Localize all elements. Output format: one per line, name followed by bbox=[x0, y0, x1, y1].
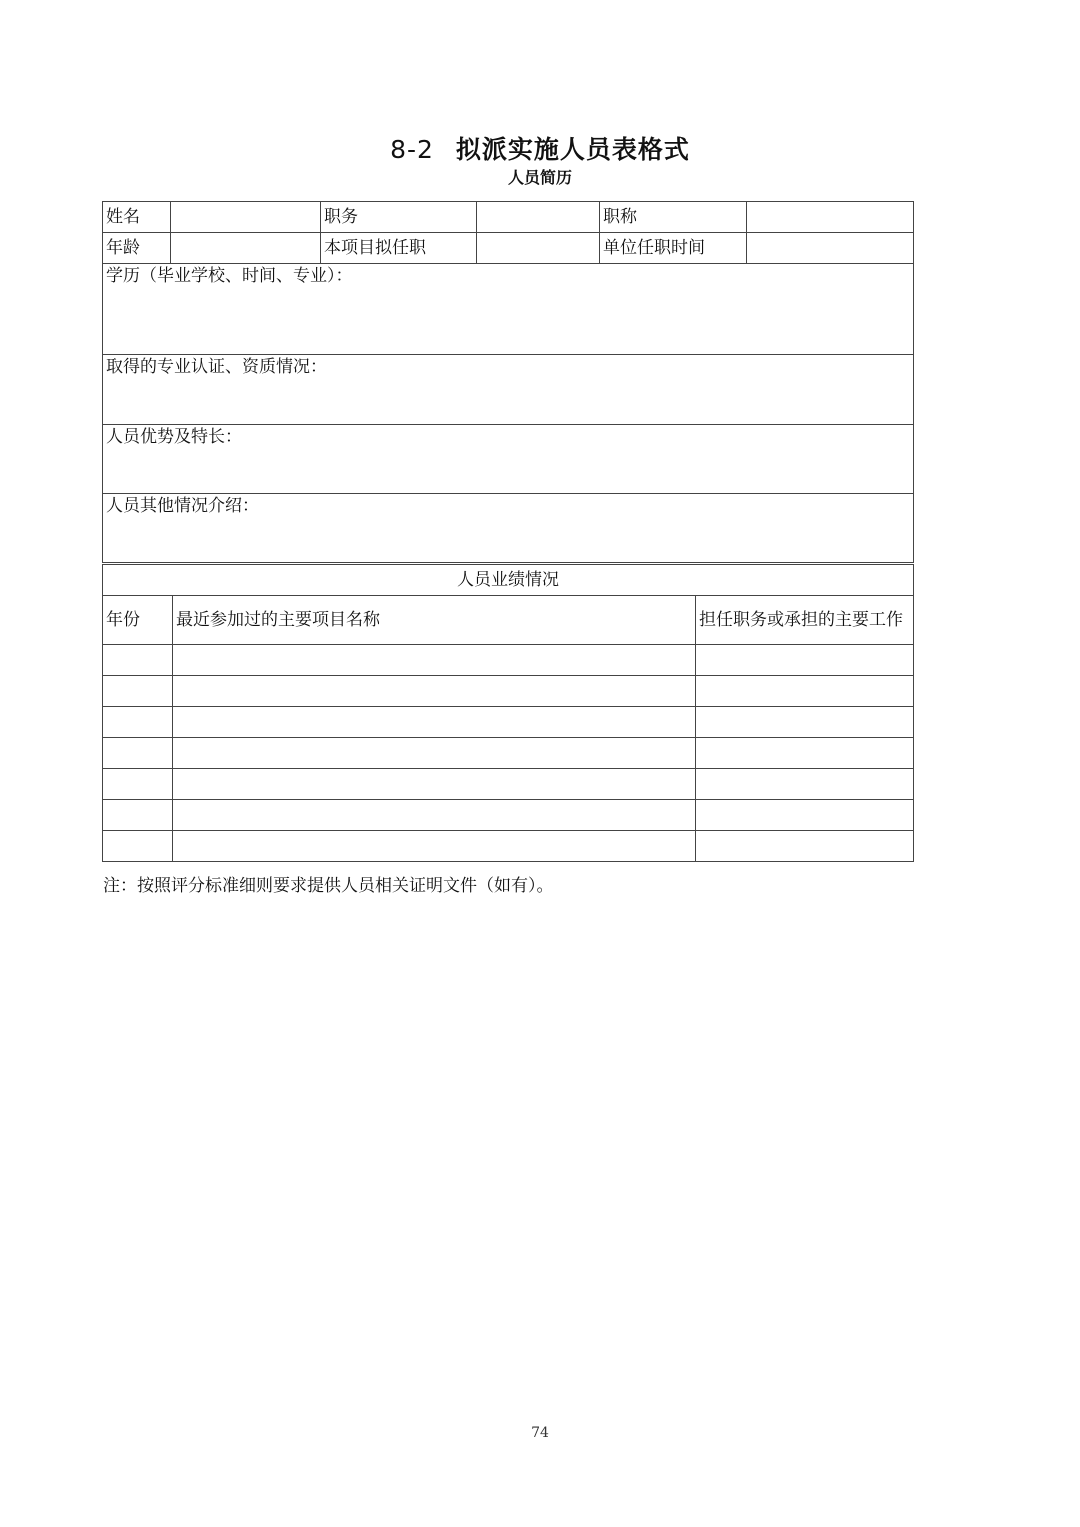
table-row: 姓名 职务 职称 bbox=[103, 202, 914, 233]
professional-title-label: 职称 bbox=[600, 202, 747, 233]
project-name-cell[interactable] bbox=[173, 676, 696, 707]
strengths-field[interactable]: 人员优势及特长： bbox=[103, 425, 914, 494]
tenure-label: 单位任职时间 bbox=[600, 233, 747, 264]
age-field[interactable] bbox=[171, 233, 321, 264]
project-name-cell[interactable] bbox=[173, 800, 696, 831]
table-row bbox=[103, 831, 914, 862]
table-row bbox=[103, 645, 914, 676]
role-cell[interactable] bbox=[696, 676, 914, 707]
table-row bbox=[103, 738, 914, 769]
header-role: 担任职务或承担的主要工作 bbox=[696, 596, 914, 645]
footnote: 注：按照评分标准细则要求提供人员相关证明文件（如有）。 bbox=[103, 871, 554, 896]
role-cell[interactable] bbox=[696, 707, 914, 738]
role-cell[interactable] bbox=[696, 800, 914, 831]
title-number: 8-2 bbox=[390, 135, 434, 164]
table-header-row: 年份 最近参加过的主要项目名称 担任职务或承担的主要工作 bbox=[103, 596, 914, 645]
project-name-cell[interactable] bbox=[173, 738, 696, 769]
year-cell[interactable] bbox=[103, 769, 173, 800]
header-project-name: 最近参加过的主要项目名称 bbox=[173, 596, 696, 645]
table-row bbox=[103, 800, 914, 831]
performance-table: 人员业绩情况 年份 最近参加过的主要项目名称 担任职务或承担的主要工作 bbox=[102, 564, 914, 862]
year-cell[interactable] bbox=[103, 831, 173, 862]
name-label: 姓名 bbox=[103, 202, 171, 233]
table-row: 年龄 本项目拟任职 单位任职时间 bbox=[103, 233, 914, 264]
project-name-cell[interactable] bbox=[173, 645, 696, 676]
page-title: 8-2拟派实施人员表格式 bbox=[0, 130, 1080, 166]
table-row bbox=[103, 707, 914, 738]
role-cell[interactable] bbox=[696, 831, 914, 862]
project-name-cell[interactable] bbox=[173, 769, 696, 800]
table-row: 取得的专业认证、资质情况： bbox=[103, 355, 914, 425]
year-cell[interactable] bbox=[103, 738, 173, 769]
table-row bbox=[103, 769, 914, 800]
page-number: 74 bbox=[0, 1425, 1080, 1441]
education-field[interactable]: 学历（毕业学校、时间、专业）： bbox=[103, 264, 914, 355]
year-cell[interactable] bbox=[103, 707, 173, 738]
role-cell[interactable] bbox=[696, 769, 914, 800]
header-year: 年份 bbox=[103, 596, 173, 645]
year-cell[interactable] bbox=[103, 645, 173, 676]
table-row bbox=[103, 676, 914, 707]
proposed-role-label: 本项目拟任职 bbox=[321, 233, 477, 264]
age-label: 年龄 bbox=[103, 233, 171, 264]
certification-field[interactable]: 取得的专业认证、资质情况： bbox=[103, 355, 914, 425]
name-field[interactable] bbox=[171, 202, 321, 233]
role-cell[interactable] bbox=[696, 645, 914, 676]
position-label: 职务 bbox=[321, 202, 477, 233]
tenure-field[interactable] bbox=[747, 233, 914, 264]
role-cell[interactable] bbox=[696, 738, 914, 769]
proposed-role-field[interactable] bbox=[477, 233, 600, 264]
page-subtitle: 人员简历 bbox=[0, 165, 1080, 188]
table-row: 人员优势及特长： bbox=[103, 425, 914, 494]
project-name-cell[interactable] bbox=[173, 707, 696, 738]
other-info-field[interactable]: 人员其他情况介绍： bbox=[103, 494, 914, 563]
table-row: 学历（毕业学校、时间、专业）： bbox=[103, 264, 914, 355]
table-row: 人员其他情况介绍： bbox=[103, 494, 914, 563]
position-field[interactable] bbox=[477, 202, 600, 233]
table-row: 人员业绩情况 bbox=[103, 565, 914, 596]
year-cell[interactable] bbox=[103, 676, 173, 707]
title-text: 拟派实施人员表格式 bbox=[456, 135, 690, 164]
professional-title-field[interactable] bbox=[747, 202, 914, 233]
year-cell[interactable] bbox=[103, 800, 173, 831]
project-name-cell[interactable] bbox=[173, 831, 696, 862]
performance-section-title: 人员业绩情况 bbox=[103, 565, 914, 596]
resume-table: 姓名 职务 职称 年龄 本项目拟任职 单位任职时间 学历（毕业学校、时间、专业）… bbox=[102, 201, 914, 563]
